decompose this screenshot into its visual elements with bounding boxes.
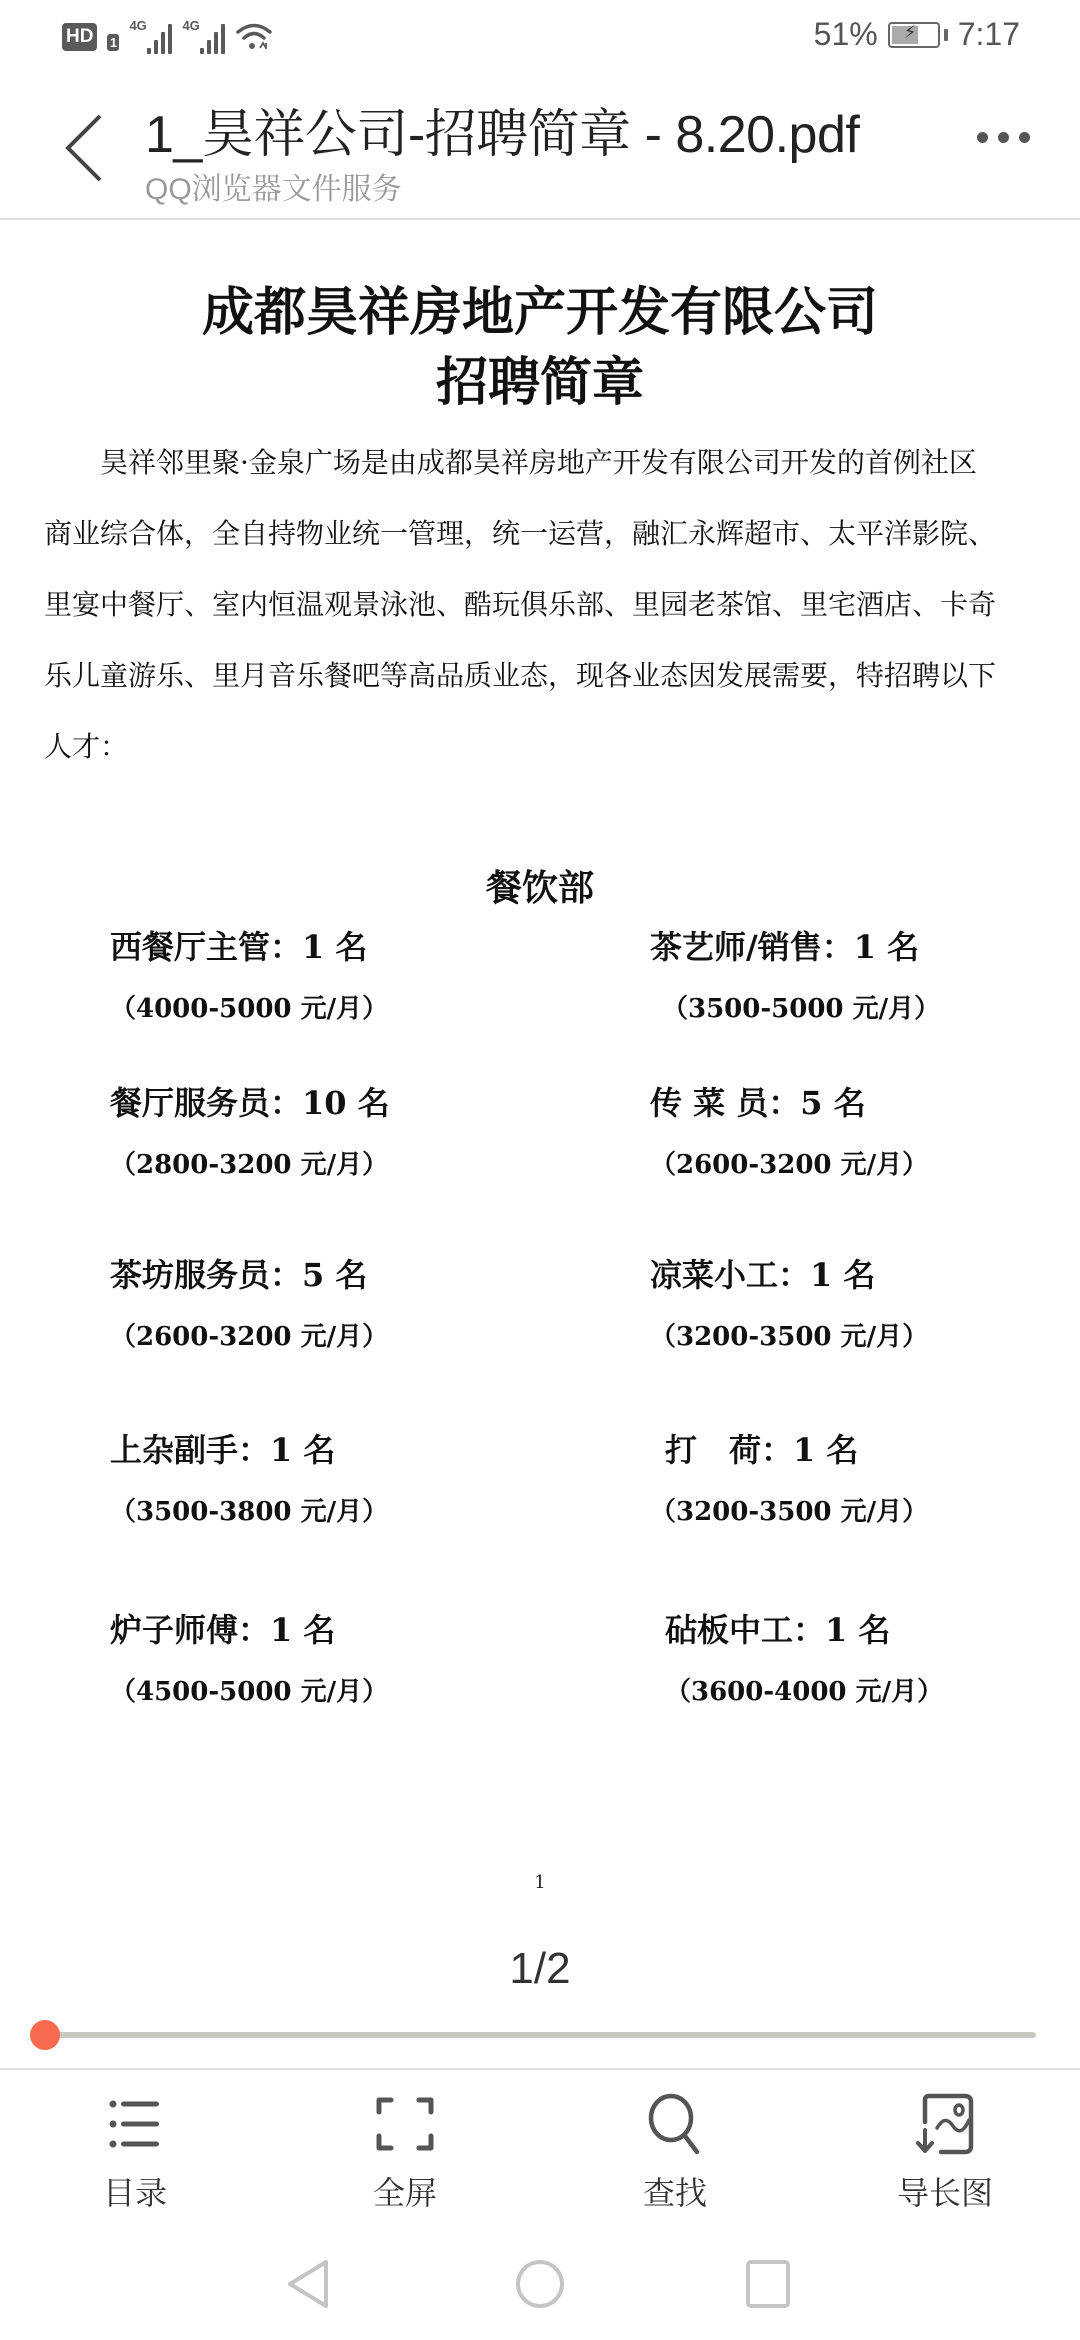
job-salary: （3600-4000 元/月） <box>665 1671 943 1708</box>
toc-button[interactable]: 目录 <box>0 2070 270 2218</box>
search-button[interactable]: 查找 <box>540 2070 810 2218</box>
app-header: 1_昊祥公司-招聘简章 - 8.20.pdf QQ浏览器文件服务 <box>0 72 1080 220</box>
more-dots-icon <box>1019 132 1030 143</box>
paragraph-line: 昊祥邻里聚·金泉广场是由成都昊祥房地产开发有限公司开发的首例社区 <box>44 427 1044 498</box>
fullscreen-icon <box>373 2092 437 2156</box>
job-item: 炉子师傅：1 名 （4500-5000 元/月） <box>110 1605 388 1708</box>
more-dots-icon <box>977 132 988 143</box>
status-right: 51% ⚡ 7:17 <box>814 16 1020 53</box>
job-title: 西餐厅主管：1 名 <box>110 922 388 968</box>
sim-icon: 1 <box>107 34 119 51</box>
network-type-label: 4G <box>182 18 199 33</box>
job-item: 凉菜小工：1 名 （3200-3500 元/月） <box>650 1250 928 1353</box>
export-long-image-label: 导长图 <box>897 2168 993 2214</box>
back-button[interactable] <box>60 108 110 188</box>
job-salary: （2600-3200 元/月） <box>110 1316 388 1353</box>
network-type-label: 4G <box>129 18 146 33</box>
wifi-icon <box>235 21 273 53</box>
paragraph-line: 乐儿童游乐、里月音乐餐吧等高品质业态，现各业态因发展需要，特招聘以下 <box>44 640 1044 711</box>
file-subtitle: QQ浏览器文件服务 <box>145 164 402 208</box>
paragraph-line: 商业综合体，全自持物业统一管理，统一运营，融汇永辉超市、太平洋影院、 <box>44 498 1044 569</box>
document-title: 成都昊祥房地产开发有限公司 <box>0 270 1080 345</box>
job-title: 砧板中工：1 名 <box>665 1605 943 1651</box>
slider-thumb[interactable] <box>30 2020 60 2050</box>
job-salary: （2800-3200 元/月） <box>110 1144 390 1181</box>
job-title: 餐厅服务员：10 名 <box>110 1078 390 1124</box>
signal-icon: 4G <box>182 20 225 54</box>
job-item: 上杂副手：1 名 （3500-3800 元/月） <box>110 1425 388 1528</box>
job-item: 茶坊服务员：5 名 （2600-3200 元/月） <box>110 1250 388 1353</box>
status-left: HD 1 4G 4G <box>62 20 273 54</box>
job-item: 打 荷：1 名 （3200-3500 元/月） <box>665 1425 928 1528</box>
job-salary: （3500-3800 元/月） <box>110 1491 388 1528</box>
export-long-image-icon <box>913 2092 977 2156</box>
job-item: 餐厅服务员：10 名 （2800-3200 元/月） <box>110 1078 390 1181</box>
paragraph-line: 人才： <box>44 711 1044 782</box>
job-item: 茶艺师/销售：1 名 （3500-5000 元/月） <box>650 922 940 1025</box>
more-options-button[interactable] <box>977 132 1030 143</box>
page-indicator: 1/2 <box>0 1944 1080 1994</box>
document-subtitle: 招聘简章 <box>0 340 1080 415</box>
section-title: 餐饮部 <box>0 860 1080 911</box>
job-title: 茶艺师/销售：1 名 <box>650 922 940 968</box>
battery-tip <box>944 29 948 41</box>
list-icon <box>103 2092 167 2156</box>
toc-label: 目录 <box>103 2168 167 2214</box>
recents-square-icon[interactable] <box>744 2258 792 2310</box>
status-bar: HD 1 4G 4G 51% ⚡ 7:17 <box>0 0 1080 72</box>
job-title: 凉菜小工：1 名 <box>650 1250 928 1296</box>
battery-percent: 51% <box>814 16 878 53</box>
bottom-toolbar: 目录 全屏 查找 导长图 <box>0 2068 1080 2218</box>
file-title: 1_昊祥公司-招聘简章 - 8.20.pdf <box>145 92 859 167</box>
job-salary: （3200-3500 元/月） <box>650 1491 928 1528</box>
job-item: 西餐厅主管：1 名 （4000-5000 元/月） <box>110 922 388 1025</box>
search-label: 查找 <box>643 2168 707 2214</box>
search-icon <box>643 2092 707 2156</box>
pdf-page-number: 1 <box>0 1872 1080 1893</box>
fullscreen-button[interactable]: 全屏 <box>270 2070 540 2218</box>
job-item: 砧板中工：1 名 （3600-4000 元/月） <box>665 1605 943 1708</box>
job-salary: （4000-5000 元/月） <box>110 988 388 1025</box>
job-salary: （3500-5000 元/月） <box>650 988 940 1025</box>
job-title: 茶坊服务员：5 名 <box>110 1250 388 1296</box>
fullscreen-label: 全屏 <box>373 2168 437 2214</box>
job-title: 炉子师傅：1 名 <box>110 1605 388 1651</box>
more-dots-icon <box>998 132 1009 143</box>
clock: 7:17 <box>958 16 1020 53</box>
job-item: 传 菜 员：5 名 （2600-3200 元/月） <box>650 1078 928 1181</box>
paragraph-line: 里宴中餐厅、室内恒温观景泳池、酷玩俱乐部、里园老茶馆、里宅酒店、卡奇 <box>44 569 1044 640</box>
pdf-page[interactable]: 成都昊祥房地产开发有限公司 招聘简章 昊祥邻里聚·金泉广场是由成都昊祥房地产开发… <box>0 222 1080 1902</box>
job-title: 传 菜 员：5 名 <box>650 1078 928 1124</box>
export-long-image-button[interactable]: 导长图 <box>810 2070 1080 2218</box>
job-salary: （3200-3500 元/月） <box>650 1316 928 1353</box>
job-salary: （2600-3200 元/月） <box>650 1144 928 1181</box>
hd-icon: HD <box>62 23 97 51</box>
page-slider[interactable] <box>30 2020 1036 2050</box>
battery-charging-icon: ⚡ <box>888 22 940 48</box>
job-title: 上杂副手：1 名 <box>110 1425 388 1471</box>
back-triangle-icon[interactable] <box>286 2258 330 2310</box>
job-title: 打 荷：1 名 <box>665 1425 928 1471</box>
signal-icon: 4G <box>129 20 172 54</box>
system-navbar <box>0 2218 1080 2340</box>
job-salary: （4500-5000 元/月） <box>110 1671 388 1708</box>
home-circle-icon[interactable] <box>514 2258 566 2310</box>
slider-track[interactable] <box>44 2032 1036 2038</box>
intro-paragraph: 昊祥邻里聚·金泉广场是由成都昊祥房地产开发有限公司开发的首例社区 商业综合体，全… <box>44 427 1044 782</box>
